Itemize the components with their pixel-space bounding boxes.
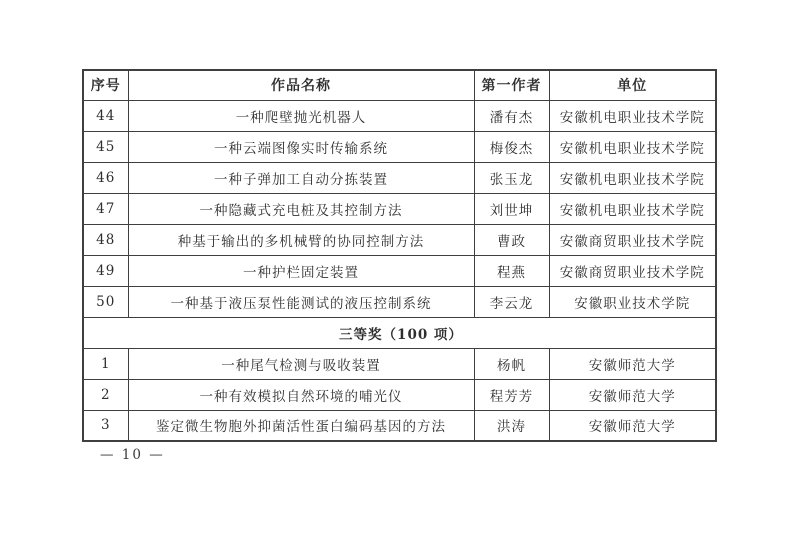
cell-author: 李云龙 xyxy=(474,286,549,317)
table-row: 3鉴定微生物胞外抑菌活性蛋白编码基因的方法洪涛安徽师范大学 xyxy=(83,410,716,441)
header-author: 第一作者 xyxy=(474,70,549,100)
section-label: 三等奖（100 项） xyxy=(83,317,716,348)
cell-author: 杨帆 xyxy=(474,348,549,379)
page-number: — 10 — xyxy=(100,447,165,463)
section-row: 三等奖（100 项） xyxy=(83,317,716,348)
cell-title: 一种基于液压泵性能测试的液压控制系统 xyxy=(128,286,474,317)
cell-title: 一种隐藏式充电桩及其控制方法 xyxy=(128,193,474,224)
table-row: 44一种爬壁抛光机器人潘有杰安徽机电职业技术学院 xyxy=(83,100,716,131)
cell-index: 48 xyxy=(83,224,128,255)
cell-author: 张玉龙 xyxy=(474,162,549,193)
cell-org: 安徽职业技术学院 xyxy=(549,286,716,317)
cell-index: 45 xyxy=(83,131,128,162)
cell-index: 44 xyxy=(83,100,128,131)
cell-index: 1 xyxy=(83,348,128,379)
cell-org: 安徽师范大学 xyxy=(549,379,716,410)
table-row: 50一种基于液压泵性能测试的液压控制系统李云龙安徽职业技术学院 xyxy=(83,286,716,317)
cell-title: 一种有效模拟自然环境的哺光仪 xyxy=(128,379,474,410)
cell-author: 梅俊杰 xyxy=(474,131,549,162)
cell-org: 安徽师范大学 xyxy=(549,410,716,441)
table-row: 49一种护栏固定装置程燕安徽商贸职业技术学院 xyxy=(83,255,716,286)
cell-author: 洪涛 xyxy=(474,410,549,441)
table-row: 1一种尾气检测与吸收装置杨帆安徽师范大学 xyxy=(83,348,716,379)
table-row: 47一种隐藏式充电桩及其控制方法刘世坤安徽机电职业技术学院 xyxy=(83,193,716,224)
cell-org: 安徽机电职业技术学院 xyxy=(549,131,716,162)
table-body: 44一种爬壁抛光机器人潘有杰安徽机电职业技术学院45一种云端图像实时传输系统梅俊… xyxy=(83,100,716,441)
cell-title: 一种爬壁抛光机器人 xyxy=(128,100,474,131)
cell-author: 程芳芳 xyxy=(474,379,549,410)
award-table: 序号 作品名称 第一作者 单位 44一种爬壁抛光机器人潘有杰安徽机电职业技术学院… xyxy=(82,69,717,442)
cell-index: 47 xyxy=(83,193,128,224)
table-header: 序号 作品名称 第一作者 单位 xyxy=(83,70,716,100)
cell-index: 3 xyxy=(83,410,128,441)
cell-org: 安徽机电职业技术学院 xyxy=(549,162,716,193)
cell-org: 安徽商贸职业技术学院 xyxy=(549,255,716,286)
table-row: 2一种有效模拟自然环境的哺光仪程芳芳安徽师范大学 xyxy=(83,379,716,410)
cell-author: 程燕 xyxy=(474,255,549,286)
cell-title: 鉴定微生物胞外抑菌活性蛋白编码基因的方法 xyxy=(128,410,474,441)
cell-index: 50 xyxy=(83,286,128,317)
header-index: 序号 xyxy=(83,70,128,100)
cell-index: 2 xyxy=(83,379,128,410)
cell-org: 安徽机电职业技术学院 xyxy=(549,100,716,131)
header-row: 序号 作品名称 第一作者 单位 xyxy=(83,70,716,100)
cell-author: 曹政 xyxy=(474,224,549,255)
cell-title: 种基于输出的多机械臂的协同控制方法 xyxy=(128,224,474,255)
cell-title: 一种子弹加工自动分拣装置 xyxy=(128,162,474,193)
table-row: 45一种云端图像实时传输系统梅俊杰安徽机电职业技术学院 xyxy=(83,131,716,162)
cell-title: 一种尾气检测与吸收装置 xyxy=(128,348,474,379)
cell-author: 刘世坤 xyxy=(474,193,549,224)
cell-title: 一种护栏固定装置 xyxy=(128,255,474,286)
cell-org: 安徽机电职业技术学院 xyxy=(549,193,716,224)
cell-index: 49 xyxy=(83,255,128,286)
cell-org: 安徽商贸职业技术学院 xyxy=(549,224,716,255)
cell-index: 46 xyxy=(83,162,128,193)
header-title: 作品名称 xyxy=(128,70,474,100)
cell-author: 潘有杰 xyxy=(474,100,549,131)
cell-org: 安徽师范大学 xyxy=(549,348,716,379)
table-row: 46一种子弹加工自动分拣装置张玉龙安徽机电职业技术学院 xyxy=(83,162,716,193)
document-page: 序号 作品名称 第一作者 单位 44一种爬壁抛光机器人潘有杰安徽机电职业技术学院… xyxy=(0,0,800,533)
table-row: 48种基于输出的多机械臂的协同控制方法曹政安徽商贸职业技术学院 xyxy=(83,224,716,255)
cell-title: 一种云端图像实时传输系统 xyxy=(128,131,474,162)
header-org: 单位 xyxy=(549,70,716,100)
